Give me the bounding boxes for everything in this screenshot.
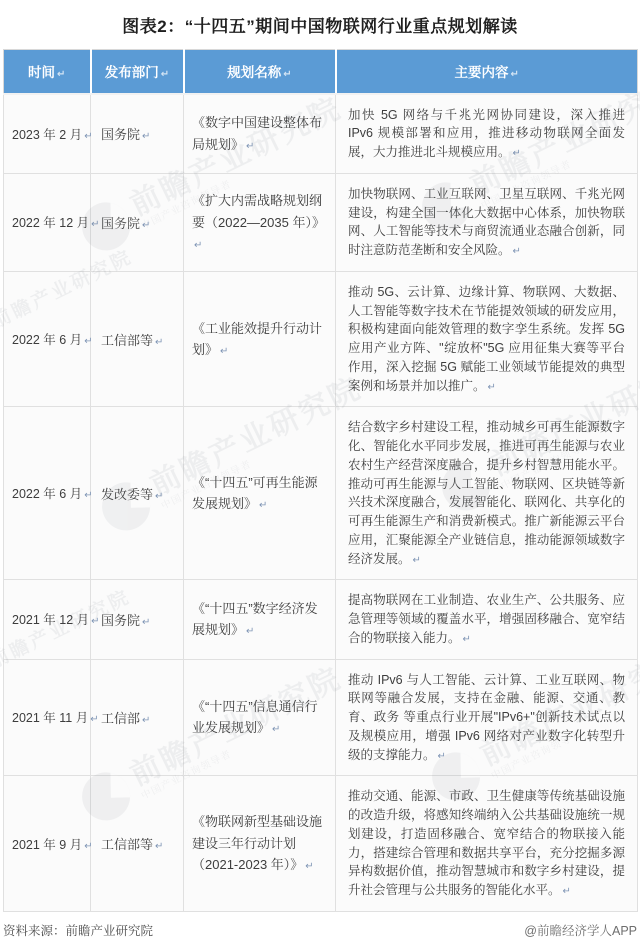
cell-name: 《物联网新型基础设施建设三年行动计划（2021-2023 年）》↵ xyxy=(184,776,336,912)
cell-content: 提高物联网在工业制造、农业生产、公共服务、应急管理等领域的覆盖水平，增强固移融合… xyxy=(336,580,638,659)
cell-time: 2021 年 12 月↵ xyxy=(4,580,91,659)
cell-content: 推动 5G、云计算、边缘计算、物联网、大数据、人工智能等数字技术在节能提效领域的… xyxy=(336,271,638,407)
cell-dept: 工信部等↵ xyxy=(91,776,184,912)
paragraph-mark-icon: ↵ xyxy=(220,346,228,357)
paragraph-mark-icon: ↵ xyxy=(90,714,98,725)
cell-dept: 工信部等↵ xyxy=(91,271,184,407)
cell-name: 《“十四五”信息通信行业发展规划》↵ xyxy=(184,659,336,776)
cell-dept: 工信部↵ xyxy=(91,659,184,776)
paragraph-mark-icon: ↵ xyxy=(488,382,496,393)
cell-content: 推动交通、能源、市政、卫生健康等传统基础设施的改造升级，将感知终端纳入公共基础设… xyxy=(336,776,638,912)
cell-name: 《“十四五”可再生能源发展规划》↵ xyxy=(184,407,336,580)
cell-dept: 国务院↵ xyxy=(91,173,184,271)
table-row: 2022 年 6 月↵ 发改委等↵ 《“十四五”可再生能源发展规划》↵ 结合数字… xyxy=(4,407,638,580)
cell-time: 2021 年 9 月↵ xyxy=(4,776,91,912)
cell-content: 加快物联网、工业互联网、卫星互联网、千兆光网建设，构建全国一体化大数据中心体系，… xyxy=(336,173,638,271)
paragraph-mark-icon: ↵ xyxy=(413,555,421,566)
cell-content: 结合数字乡村建设工程，推动城乡可再生能源数字化、智能化水平同步发展，推进可再生能… xyxy=(336,407,638,580)
paragraph-mark-icon: ↵ xyxy=(142,715,150,726)
table-row: 2023 年 2 月↵ 国务院↵ 《数字中国建设整体布局规划》↵ 加快 5G 网… xyxy=(4,94,638,174)
paragraph-mark-icon: ↵ xyxy=(84,131,92,142)
figure-title: 图表2：“十四五”期间中国物联网行业重点规划解读 xyxy=(3,12,637,37)
cell-name: 《数字中国建设整体布局规划》↵ xyxy=(184,94,336,174)
paragraph-mark-icon: ↵ xyxy=(511,69,519,80)
paragraph-mark-icon: ↵ xyxy=(155,841,163,852)
report-figure-page: 图表2：“十四五”期间中国物联网行业重点规划解读 时间↵ 发布部门↵ 规划名称↵… xyxy=(0,0,640,945)
header-row: 时间↵ 发布部门↵ 规划名称↵ 主要内容↵ xyxy=(4,50,638,94)
col-header-dept-label: 发布部门 xyxy=(105,65,159,80)
cell-dept: 国务院↵ xyxy=(91,94,184,174)
cell-time: 2021 年 11 月↵ xyxy=(4,659,91,776)
col-header-name-label: 规划名称 xyxy=(227,65,281,80)
table-row: 2021 年 12 月↵ 国务院↵ 《“十四五”数字经济发展规划》↵ 提高物联网… xyxy=(4,580,638,659)
paragraph-mark-icon: ↵ xyxy=(161,69,169,80)
source-note: 资料来源：前瞻产业研究院 xyxy=(3,921,153,939)
app-credit: @前瞻经济学人APP xyxy=(524,921,637,939)
paragraph-mark-icon: ↵ xyxy=(155,491,163,502)
paragraph-mark-icon: ↵ xyxy=(305,861,313,872)
cell-dept: 国务院↵ xyxy=(91,580,184,659)
cell-time: 2022 年 12 月↵ xyxy=(4,173,91,271)
cell-content: 推动 IPv6 与人工智能、云计算、工业互联网、物联网等融合发展，支持在金融、能… xyxy=(336,659,638,776)
paragraph-mark-icon: ↵ xyxy=(272,724,280,735)
paragraph-mark-icon: ↵ xyxy=(84,336,92,347)
cell-content: 加快 5G 网络与千兆光网协同建设，深入推进 IPv6 规模部署和应用，推进移动… xyxy=(336,94,638,174)
paragraph-mark-icon: ↵ xyxy=(155,337,163,348)
paragraph-mark-icon: ↵ xyxy=(246,626,254,637)
figure-footer: 资料来源：前瞻产业研究院 @前瞻经济学人APP xyxy=(3,921,637,939)
cell-name: 《“十四五”数字经济发展规划》↵ xyxy=(184,580,336,659)
planning-table: 时间↵ 发布部门↵ 规划名称↵ 主要内容↵ 2023 年 2 月↵ 国务院↵ 《… xyxy=(3,49,638,912)
table-row: 2022 年 12 月↵ 国务院↵ 《扩大内需战略规划纲要（2022—2035 … xyxy=(4,173,638,271)
col-header-time-label: 时间 xyxy=(28,65,55,80)
paragraph-mark-icon: ↵ xyxy=(142,131,150,142)
cell-time: 2022 年 6 月↵ xyxy=(4,271,91,407)
table-row: 2021 年 9 月↵ 工信部等↵ 《物联网新型基础设施建设三年行动计划（202… xyxy=(4,776,638,912)
col-header-time: 时间↵ xyxy=(4,50,91,94)
table-row: 2021 年 11 月↵ 工信部↵ 《“十四五”信息通信行业发展规划》↵ 推动 … xyxy=(4,659,638,776)
paragraph-mark-icon: ↵ xyxy=(194,240,202,251)
paragraph-mark-icon: ↵ xyxy=(57,69,65,80)
col-header-content-label: 主要内容 xyxy=(455,65,509,80)
paragraph-mark-icon: ↵ xyxy=(84,490,92,501)
paragraph-mark-icon: ↵ xyxy=(438,751,446,762)
cell-name: 《工业能效提升行动计划》↵ xyxy=(184,271,336,407)
paragraph-mark-icon: ↵ xyxy=(91,219,99,230)
paragraph-mark-icon: ↵ xyxy=(259,500,267,511)
col-header-dept: 发布部门↵ xyxy=(91,50,184,94)
cell-name: 《扩大内需战略规划纲要（2022—2035 年）》↵ xyxy=(184,173,336,271)
paragraph-mark-icon: ↵ xyxy=(142,617,150,628)
table-row: 2022 年 6 月↵ 工信部等↵ 《工业能效提升行动计划》↵ 推动 5G、云计… xyxy=(4,271,638,407)
paragraph-mark-icon: ↵ xyxy=(563,886,571,897)
paragraph-mark-icon: ↵ xyxy=(283,69,291,80)
paragraph-mark-icon: ↵ xyxy=(513,246,521,257)
paragraph-mark-icon: ↵ xyxy=(513,148,521,159)
paragraph-mark-icon: ↵ xyxy=(84,841,92,852)
cell-time: 2023 年 2 月↵ xyxy=(4,94,91,174)
col-header-content: 主要内容↵ xyxy=(336,50,638,94)
paragraph-mark-icon: ↵ xyxy=(91,616,99,627)
paragraph-mark-icon: ↵ xyxy=(463,634,471,645)
col-header-name: 规划名称↵ xyxy=(184,50,336,94)
paragraph-mark-icon: ↵ xyxy=(142,220,150,231)
paragraph-mark-icon: ↵ xyxy=(246,141,254,152)
cell-dept: 发改委等↵ xyxy=(91,407,184,580)
cell-time: 2022 年 6 月↵ xyxy=(4,407,91,580)
